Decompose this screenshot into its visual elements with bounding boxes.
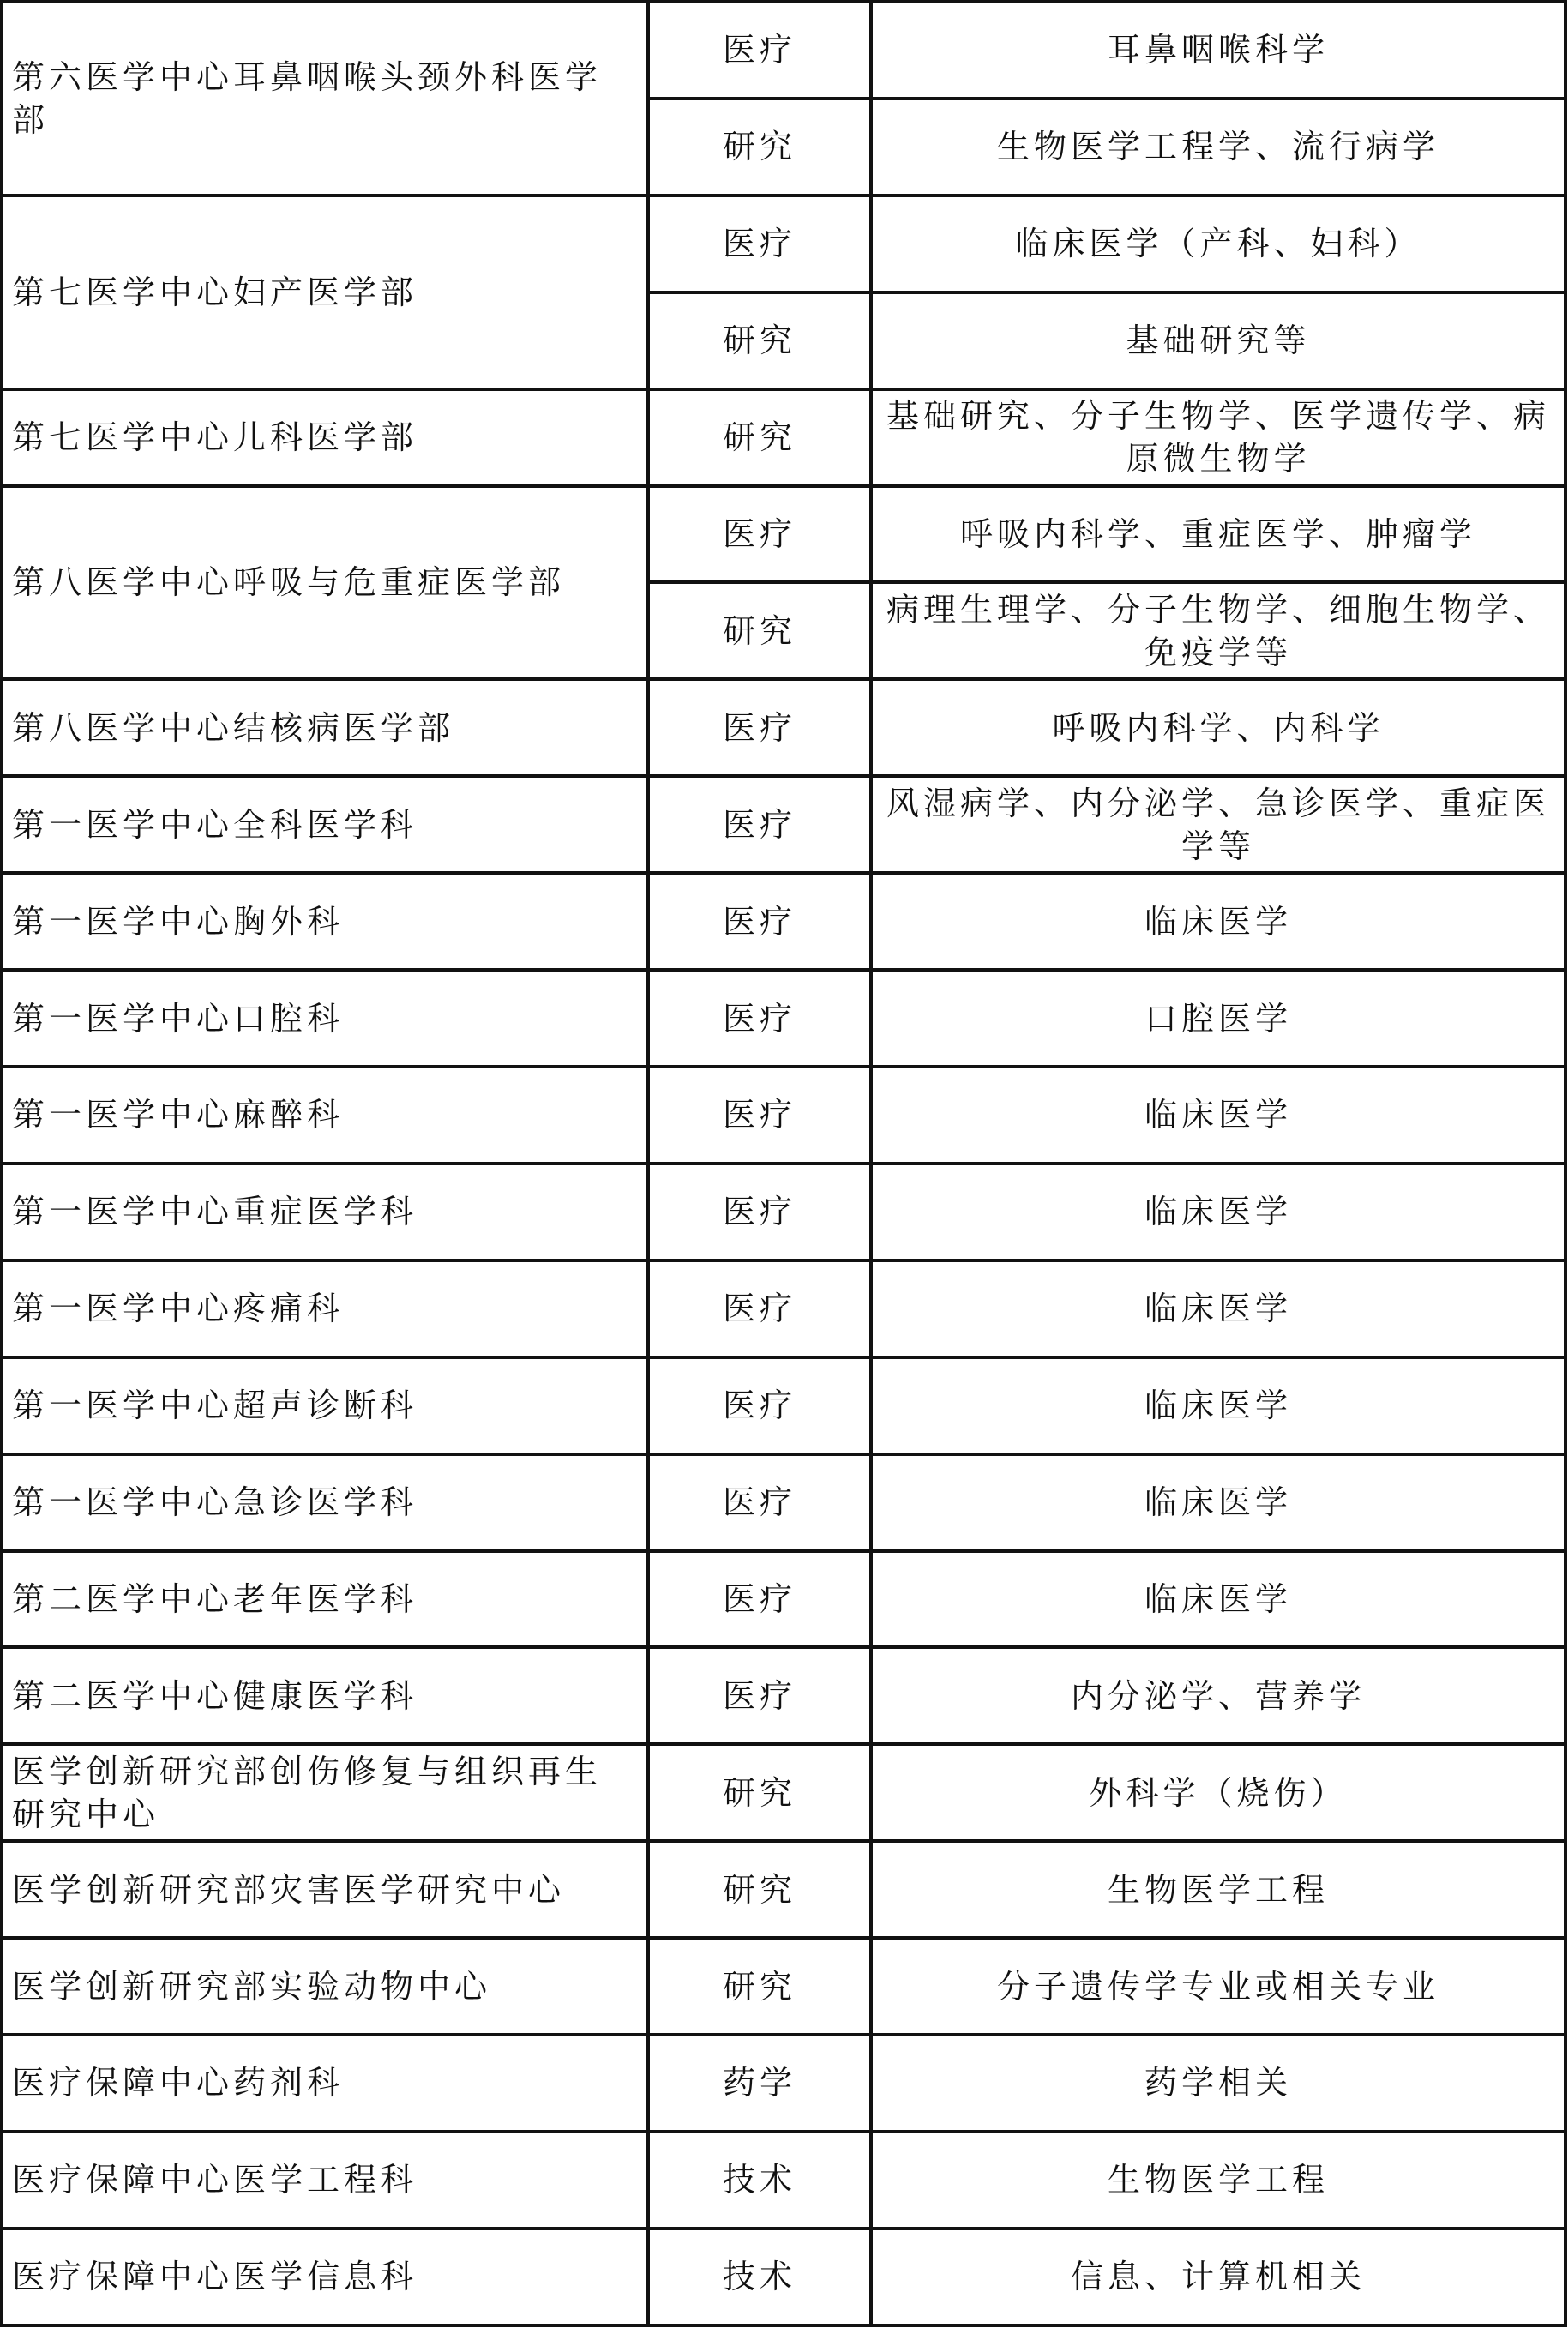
table-row: 第二医学中心老年医学科 医疗 临床医学 bbox=[2, 1551, 1565, 1648]
major-requirement-cell: 临床医学 bbox=[871, 1357, 1565, 1454]
department-cell: 第一医学中心全科医学科 bbox=[2, 776, 648, 873]
table-row: 第八医学中心结核病医学部 医疗 呼吸内科学、内科学 bbox=[2, 679, 1565, 776]
table-row: 医学创新研究部创伤修复与组织再生研究中心 研究 外科学（烧伤） bbox=[2, 1744, 1565, 1841]
major-requirement-cell: 生物医学工程学、流行病学 bbox=[871, 99, 1565, 196]
position-type-cell: 医疗 bbox=[648, 1357, 871, 1454]
position-type-cell: 研究 bbox=[648, 1841, 871, 1938]
department-cell: 医疗保障中心医学工程科 bbox=[2, 2132, 648, 2229]
major-requirement-cell: 病理生理学、分子生物学、细胞生物学、免疫学等 bbox=[871, 582, 1565, 679]
major-requirement-cell: 临床医学 bbox=[871, 1551, 1565, 1648]
department-cell: 第一医学中心重症医学科 bbox=[2, 1164, 648, 1260]
major-requirement-cell: 临床医学（产科、妇科） bbox=[871, 196, 1565, 292]
table-row: 第七医学中心妇产医学部 医疗 临床医学（产科、妇科） bbox=[2, 196, 1565, 292]
department-cell: 医疗保障中心医学信息科 bbox=[2, 2229, 648, 2325]
major-requirement-cell: 口腔医学 bbox=[871, 970, 1565, 1067]
position-type-cell: 技术 bbox=[648, 2229, 871, 2325]
position-type-cell: 研究 bbox=[648, 292, 871, 389]
position-type-cell: 医疗 bbox=[648, 1647, 871, 1744]
department-cell: 第一医学中心疼痛科 bbox=[2, 1260, 648, 1357]
position-type-cell: 医疗 bbox=[648, 970, 871, 1067]
table-row: 第一医学中心重症医学科 医疗 临床医学 bbox=[2, 1164, 1565, 1260]
position-type-cell: 医疗 bbox=[648, 873, 871, 970]
table-row: 第二医学中心健康医学科 医疗 内分泌学、营养学 bbox=[2, 1647, 1565, 1744]
major-requirement-cell: 药学相关 bbox=[871, 2035, 1565, 2132]
department-cell: 第一医学中心胸外科 bbox=[2, 873, 648, 970]
department-cell: 第二医学中心健康医学科 bbox=[2, 1647, 648, 1744]
table-row: 第一医学中心胸外科 医疗 临床医学 bbox=[2, 873, 1565, 970]
table-row: 医疗保障中心医学信息科 技术 信息、计算机相关 bbox=[2, 2229, 1565, 2325]
position-type-cell: 药学 bbox=[648, 2035, 871, 2132]
position-type-cell: 医疗 bbox=[648, 1260, 871, 1357]
major-requirement-cell: 呼吸内科学、重症医学、肿瘤学 bbox=[871, 486, 1565, 583]
major-requirement-cell: 临床医学 bbox=[871, 1454, 1565, 1551]
table-row: 第一医学中心疼痛科 医疗 临床医学 bbox=[2, 1260, 1565, 1357]
table-row: 第一医学中心全科医学科 医疗 风湿病学、内分泌学、急诊医学、重症医学等 bbox=[2, 776, 1565, 873]
department-cell: 第一医学中心超声诊断科 bbox=[2, 1357, 648, 1454]
table-row: 第一医学中心口腔科 医疗 口腔医学 bbox=[2, 970, 1565, 1067]
major-requirement-cell: 生物医学工程 bbox=[871, 1841, 1565, 1938]
table-row: 第一医学中心超声诊断科 医疗 临床医学 bbox=[2, 1357, 1565, 1454]
position-type-cell: 研究 bbox=[648, 1938, 871, 2035]
department-cell: 第一医学中心麻醉科 bbox=[2, 1067, 648, 1164]
position-type-cell: 医疗 bbox=[648, 2, 871, 99]
department-cell: 第一医学中心口腔科 bbox=[2, 970, 648, 1067]
position-type-cell: 医疗 bbox=[648, 1551, 871, 1648]
major-requirement-cell: 呼吸内科学、内科学 bbox=[871, 679, 1565, 776]
department-cell: 医学创新研究部实验动物中心 bbox=[2, 1938, 648, 2035]
department-cell: 第八医学中心结核病医学部 bbox=[2, 679, 648, 776]
department-cell: 第一医学中心急诊医学科 bbox=[2, 1454, 648, 1551]
major-requirement-cell: 生物医学工程 bbox=[871, 2132, 1565, 2229]
table-row: 第八医学中心呼吸与危重症医学部 医疗 呼吸内科学、重症医学、肿瘤学 bbox=[2, 486, 1565, 583]
major-requirement-cell: 外科学（烧伤） bbox=[871, 1744, 1565, 1841]
department-cell: 第二医学中心老年医学科 bbox=[2, 1551, 648, 1648]
table-row: 第七医学中心儿科医学部 研究 基础研究、分子生物学、医学遗传学、病原微生物学 bbox=[2, 389, 1565, 486]
position-type-cell: 研究 bbox=[648, 1744, 871, 1841]
major-requirement-cell: 基础研究、分子生物学、医学遗传学、病原微生物学 bbox=[871, 389, 1565, 486]
position-type-cell: 医疗 bbox=[648, 1067, 871, 1164]
major-requirement-cell: 临床医学 bbox=[871, 1067, 1565, 1164]
department-cell: 第八医学中心呼吸与危重症医学部 bbox=[2, 486, 648, 680]
position-type-cell: 医疗 bbox=[648, 1454, 871, 1551]
department-cell: 医学创新研究部创伤修复与组织再生研究中心 bbox=[2, 1744, 648, 1841]
table-row: 第六医学中心耳鼻咽喉头颈外科医学部 医疗 耳鼻咽喉科学 bbox=[2, 2, 1565, 99]
position-type-cell: 研究 bbox=[648, 389, 871, 486]
major-requirement-cell: 风湿病学、内分泌学、急诊医学、重症医学等 bbox=[871, 776, 1565, 873]
position-type-cell: 技术 bbox=[648, 2132, 871, 2229]
department-cell: 医疗保障中心药剂科 bbox=[2, 2035, 648, 2132]
position-type-cell: 医疗 bbox=[648, 1164, 871, 1260]
major-requirement-cell: 分子遗传学专业或相关专业 bbox=[871, 1938, 1565, 2035]
major-requirement-cell: 基础研究等 bbox=[871, 292, 1565, 389]
major-requirement-cell: 耳鼻咽喉科学 bbox=[871, 2, 1565, 99]
position-type-cell: 医疗 bbox=[648, 776, 871, 873]
position-type-cell: 医疗 bbox=[648, 196, 871, 292]
major-requirement-cell: 临床医学 bbox=[871, 873, 1565, 970]
position-type-cell: 研究 bbox=[648, 582, 871, 679]
table-row: 第一医学中心麻醉科 医疗 临床医学 bbox=[2, 1067, 1565, 1164]
table-row: 医疗保障中心药剂科 药学 药学相关 bbox=[2, 2035, 1565, 2132]
department-cell: 第七医学中心儿科医学部 bbox=[2, 389, 648, 486]
major-requirement-cell: 信息、计算机相关 bbox=[871, 2229, 1565, 2325]
table-row: 医学创新研究部实验动物中心 研究 分子遗传学专业或相关专业 bbox=[2, 1938, 1565, 2035]
table-row: 医学创新研究部灾害医学研究中心 研究 生物医学工程 bbox=[2, 1841, 1565, 1938]
department-cell: 医学创新研究部灾害医学研究中心 bbox=[2, 1841, 648, 1938]
position-type-cell: 医疗 bbox=[648, 679, 871, 776]
department-cell: 第六医学中心耳鼻咽喉头颈外科医学部 bbox=[2, 2, 648, 196]
major-requirement-cell: 临床医学 bbox=[871, 1164, 1565, 1260]
major-requirement-cell: 内分泌学、营养学 bbox=[871, 1647, 1565, 1744]
position-type-cell: 研究 bbox=[648, 99, 871, 196]
major-requirement-cell: 临床医学 bbox=[871, 1260, 1565, 1357]
table-row: 第一医学中心急诊医学科 医疗 临床医学 bbox=[2, 1454, 1565, 1551]
table-row: 医疗保障中心医学工程科 技术 生物医学工程 bbox=[2, 2132, 1565, 2229]
position-type-cell: 医疗 bbox=[648, 486, 871, 583]
recruitment-table: 第六医学中心耳鼻咽喉头颈外科医学部 医疗 耳鼻咽喉科学 研究 生物医学工程学、流… bbox=[0, 0, 1567, 2327]
department-cell: 第七医学中心妇产医学部 bbox=[2, 196, 648, 389]
